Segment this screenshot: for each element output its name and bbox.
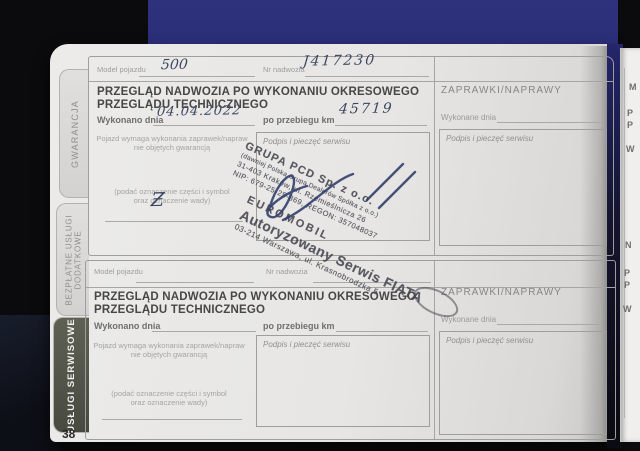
tab-gwarancja-label: GWARANCJA <box>70 100 80 168</box>
tab-uslugi-serwisowe-active: USŁUGI SERWISOWE <box>53 317 89 433</box>
edge-letter: P <box>624 268 630 278</box>
km-value-handwritten: 45719 <box>338 101 394 118</box>
defect-hint-line2: oraz oznaczenie wady) <box>93 196 251 205</box>
section-title-line1: PRZEGLĄD NADWOZIA PO WYKONANIU OKRESOWEG… <box>97 86 419 98</box>
defect-entry-line <box>105 221 243 222</box>
edge-letter: W <box>626 144 635 154</box>
vin-entry-line <box>305 76 429 77</box>
edge-letter: M <box>629 82 637 92</box>
page-number: 38 <box>62 427 75 441</box>
edge-letter: P <box>627 120 633 130</box>
next-page-edge: M P P W N P P W <box>620 48 640 442</box>
defect-hint-line1: (podać oznaczenie części i symbol <box>90 389 248 398</box>
edge-letter: N <box>625 240 632 250</box>
tab-bezplatne-label-line1: BEZPŁATNE USŁUGI <box>64 214 73 305</box>
signature-scribble <box>255 148 430 238</box>
tab-gwarancja: GWARANCJA <box>59 69 89 198</box>
defect-entry-line <box>102 419 242 420</box>
vin-label: Nr nadwozia <box>266 267 308 276</box>
vin-value-handwritten: J417230 <box>302 52 377 69</box>
inspection-section-2: Model pojazdu Nr nadwozia PRZEGLĄD NADWO… <box>85 260 616 440</box>
edge-letter: W <box>623 304 632 314</box>
signature-box-label: Podpis i pieczęć serwisu <box>263 137 350 146</box>
repairs-signature-box: Podpis i pieczęć serwisu <box>439 129 607 246</box>
model-label: Model pojazdu <box>94 267 143 276</box>
signature-box-label: Podpis i pieczęć serwisu <box>263 340 350 349</box>
model-label: Model pojazdu <box>97 65 146 74</box>
defect-mark-handwritten: Ƶ <box>150 189 165 211</box>
edge-letter: P <box>627 108 633 118</box>
repairs-needed-note-line2: nie objętych gwarancją <box>93 143 251 152</box>
repairs-column-title: ZAPRAWKI/NAPRAWY <box>441 85 562 96</box>
repairs-signature-box: Podpis i pieczęć serwisu <box>439 331 607 435</box>
tab-uslugi-serwisowe-label: USŁUGI SERWISOWE <box>66 318 77 433</box>
vin-label: Nr nadwozia <box>263 65 305 74</box>
model-entry-line <box>136 282 254 283</box>
repairs-date-line <box>497 324 599 325</box>
date-value-handwritten: 04.04.2022 <box>156 103 242 119</box>
date-label: Wykonano dnia <box>97 115 163 125</box>
repairs-needed-note-line1: Pojazd wymaga wykonania zaprawek/napraw <box>90 341 248 350</box>
repairs-date-label: Wykonane dnia <box>441 113 496 122</box>
model-value-handwritten: 500 <box>160 57 188 73</box>
km-entry-line <box>335 125 427 126</box>
repairs-needed-note-line2: nie objętych gwarancją <box>90 350 248 359</box>
photographed-service-book: M P P W N P P W GWARANCJA BEZPŁATNE USŁU… <box>0 0 640 451</box>
defect-hint-line2: oraz oznaczenie wady) <box>90 398 248 407</box>
signature-stamp-box: Podpis i pieczęć serwisu <box>256 335 430 427</box>
model-entry-line <box>139 76 255 77</box>
km-entry-line <box>336 331 428 332</box>
km-label: po przebiegu km <box>263 115 335 125</box>
edge-letter: P <box>624 280 630 290</box>
section-title-line2: PRZEGLĄDU TECHNICZNEGO <box>94 304 265 316</box>
date-entry-line <box>152 331 256 332</box>
repairs-signature-label: Podpis i pieczęć serwisu <box>446 134 533 143</box>
date-entry-line <box>153 125 255 126</box>
repairs-date-line <box>497 122 603 123</box>
header-row-divider <box>89 81 613 82</box>
repairs-needed-note-line1: Pojazd wymaga wykonania zaprawek/napraw <box>93 134 251 143</box>
tab-bezplatne-label-line2: DODATKOWE <box>73 214 82 305</box>
date-label: Wykonano dnia <box>94 321 160 331</box>
defect-hint-line1: (podać oznaczenie części i symbol <box>93 187 251 196</box>
km-label: po przebiegu km <box>263 321 335 331</box>
